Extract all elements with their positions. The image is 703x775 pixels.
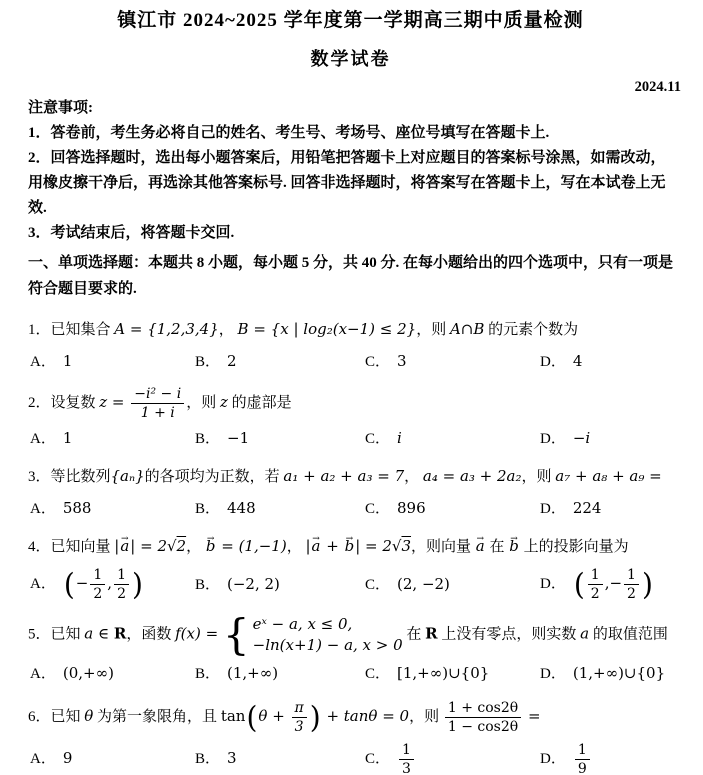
q6-option-d: D．19 xyxy=(540,742,673,775)
q5-option-a: A．(0,+∞) xyxy=(30,662,195,686)
q4-d-frac1-num: 1 xyxy=(588,567,603,585)
q4-a-left-paren: ( xyxy=(64,570,75,600)
q4-text-post: 上的投影向量为 xyxy=(520,539,629,555)
paper-date: 2024.11 xyxy=(28,78,681,96)
q3-option-b: B．448 xyxy=(195,497,365,521)
q4-a-minus: − xyxy=(76,574,89,592)
q1-text-post: 的元素个数为 xyxy=(484,322,578,338)
q6-option-b: B．3 xyxy=(195,747,365,771)
q4-b-def: b = (1,−1) xyxy=(205,537,287,555)
q5-option-d-label: D． xyxy=(540,666,566,682)
question-1: 1．已知集合 A = {1,2,3,4}， B = {x | log₂(x−1)… xyxy=(28,316,673,374)
q6-option-c-num: 1 xyxy=(399,742,414,760)
q6-equals: = xyxy=(523,707,540,725)
q5-a-in: a ∈ xyxy=(84,625,114,643)
q1-set-b: B = {x | log₂(x−1) ≤ 2} xyxy=(238,320,417,338)
question-6-stem: 6．已知 θ 为第一象限角，且 tan(θ + π3) + tanθ = 0，则… xyxy=(28,700,673,735)
q4-d-frac-2: 12 xyxy=(624,567,639,602)
q3-option-b-label: B． xyxy=(195,501,220,517)
q6-option-b-label: B． xyxy=(195,751,220,767)
q4-option-d-label: D． xyxy=(540,576,566,592)
q6-pi-num: π xyxy=(292,700,307,718)
q4-option-c-value: (2, −2) xyxy=(397,575,450,593)
q6-option-d-num: 1 xyxy=(575,742,590,760)
q5-option-b-label: B． xyxy=(195,666,220,682)
q6-text-mid1: 为第一象限角，且 xyxy=(93,709,221,725)
q6-plus-tan: + tanθ = 0 xyxy=(322,707,409,725)
q2-option-c: C．i xyxy=(365,427,540,451)
q4-comma-2: ， xyxy=(287,539,306,555)
q5-fx: f(x) = xyxy=(175,625,223,643)
question-6-options: A．9 B．3 C．13 D．19 xyxy=(30,742,673,775)
q6-right-paren: ) xyxy=(310,703,321,733)
q4-option-c: C．(2, −2) xyxy=(365,573,540,597)
exam-paper-page: 镇江市 2024~2025 学年度第一学期高三期中质量检测 数学试卷 2024.… xyxy=(0,0,703,775)
q3-equation-2: a₄ = a₃ + 2a₂ xyxy=(423,467,522,485)
q3-option-a-value: 588 xyxy=(63,499,92,517)
notice-item-1: 1．答卷前，考生务必将自己的姓名、考生号、考场号、座位号填写在答题卡上. xyxy=(28,121,673,146)
q5-option-a-label: A． xyxy=(30,666,56,682)
q2-z-var: z xyxy=(220,393,228,411)
q4-text-pre: 4．已知向量 xyxy=(28,539,114,555)
q4-option-a-label: A． xyxy=(30,576,56,592)
q6-option-d-label: D． xyxy=(540,751,566,767)
q3-option-d-value: 224 xyxy=(573,499,602,517)
q4-d-comma-minus: ,− xyxy=(605,574,622,592)
q6-theta: θ xyxy=(84,707,93,725)
q4-option-a: A．(−12,12) xyxy=(30,567,195,602)
question-3-options: A．588 B．448 C．896 D．224 xyxy=(30,497,673,521)
q6-option-a: A．9 xyxy=(30,747,195,771)
q3-option-d: D．224 xyxy=(540,497,673,521)
q1-text-pre: 1．已知集合 xyxy=(28,322,114,338)
q3-sequence: {aₙ} xyxy=(111,467,145,485)
q4-a-frac1-num: 1 xyxy=(90,567,105,585)
question-4-options: A．(−12,12) B．(−2, 2) C．(2, −2) D．(12,−12… xyxy=(30,567,673,602)
q3-option-c-value: 896 xyxy=(397,499,426,517)
q5-cases-brace: { xyxy=(223,614,250,656)
q2-option-b: B．−1 xyxy=(195,427,365,451)
q6-option-c-den: 3 xyxy=(399,760,414,775)
q1-comma: ， xyxy=(219,322,238,338)
section-heading: 一、单项选择题：本题共 8 小题，每小题 5 分，共 40 分. 在每小题给出的… xyxy=(28,250,673,302)
paper-title: 镇江市 2024~2025 学年度第一学期高三期中质量检测 xyxy=(28,8,673,34)
q1-option-d: D．4 xyxy=(540,350,673,374)
q6-option-b-value: 3 xyxy=(227,749,237,767)
q3-text-mid1: 的各项均为正数，若 xyxy=(145,469,284,485)
q2-option-b-value: −1 xyxy=(227,429,249,447)
question-2: 2．设复数 z = −i² − i1 + i，则 z 的虚部是 A．1 B．−1… xyxy=(28,386,673,451)
q4-vector-b3: b xyxy=(508,533,520,560)
q6-text-mid2: ，则 xyxy=(409,709,443,725)
notice-item-2: 2．回答选择题时，选出每小题答案后，用铅笔把答题卡上对应题目的答案标号涂黑，如需… xyxy=(28,146,673,221)
q5-option-a-value: (0,+∞) xyxy=(63,664,114,682)
question-4: 4．已知向量 |a| = 2√2， b = (1,−1)， |a + b| = … xyxy=(28,533,673,602)
q6-cos-den: 1 − cos2θ xyxy=(445,718,521,735)
q3-option-b-value: 448 xyxy=(227,499,256,517)
q1-option-d-value: 4 xyxy=(573,352,583,370)
q4-a-frac1-den: 2 xyxy=(90,585,105,602)
q1-option-d-label: D． xyxy=(540,354,566,370)
question-1-stem: 1．已知集合 A = {1,2,3,4}， B = {x | log₂(x−1)… xyxy=(28,316,673,344)
q4-vector-a: a xyxy=(119,533,130,560)
q4-d-frac-1: 12 xyxy=(588,567,603,602)
q6-text-pre: 6．已知 xyxy=(28,709,84,725)
q4-vector-a2: a xyxy=(311,533,322,560)
q2-fraction: −i² − i1 + i xyxy=(131,386,184,421)
q1-option-a: A．1 xyxy=(30,350,195,374)
question-5-options: A．(0,+∞) B．(1,+∞) C．[1,+∞)∪{0} D．(1,+∞)∪… xyxy=(30,662,673,686)
q4-d-right-paren: ) xyxy=(642,570,653,600)
q4-norm-a: |a| = 2√2 xyxy=(114,537,186,555)
q4-d-frac2-den: 2 xyxy=(624,585,639,602)
q4-eq-3: | = 2√ xyxy=(355,537,401,555)
q2-option-d-value: −i xyxy=(573,429,590,447)
q5-option-c-value: [1,+∞)∪{0} xyxy=(397,664,489,682)
q5-set-r-2: R xyxy=(425,625,437,643)
q6-option-d-value: 19 xyxy=(575,742,590,775)
q4-comma-1: ， xyxy=(186,539,205,555)
q5-text-mid3: 上没有零点，则实数 xyxy=(438,627,581,643)
q1-option-c: C．3 xyxy=(365,350,540,374)
q4-d-frac1-den: 2 xyxy=(588,585,603,602)
q4-text-in: 在 xyxy=(486,539,509,555)
q5-set-r-1: R xyxy=(114,625,126,643)
q6-option-a-label: A． xyxy=(30,751,56,767)
q5-text-pre: 5．已知 xyxy=(28,627,84,643)
q6-tan: tan xyxy=(221,707,246,725)
q6-theta-plus: θ + xyxy=(258,707,289,725)
q3-equation-3: a₇ + a₈ + a₉ = xyxy=(555,467,661,485)
q4-vector-b: b xyxy=(205,533,217,560)
q4-d-frac2-num: 1 xyxy=(624,567,639,585)
q4-vector-a3: a xyxy=(475,533,486,560)
paper-subtitle: 数学试卷 xyxy=(28,47,673,71)
q4-option-b-value: (−2, 2) xyxy=(227,575,280,593)
q4-d-left-paren: ( xyxy=(574,570,585,600)
q3-equation-1: a₁ + a₂ + a₃ = 7 xyxy=(283,467,404,485)
q5-cases: eˣ − a, x ≤ 0,−ln(x+1) − a, x > 0 xyxy=(253,614,403,656)
q2-option-a-value: 1 xyxy=(63,429,73,447)
q4-a-frac-2: 12 xyxy=(114,567,129,602)
question-1-options: A．1 B．2 C．3 D．4 xyxy=(30,350,673,374)
q3-option-a-label: A． xyxy=(30,501,56,517)
question-6: 6．已知 θ 为第一象限角，且 tan(θ + π3) + tanθ = 0，则… xyxy=(28,700,673,775)
q4-a-frac2-num: 1 xyxy=(114,567,129,585)
q1-set-a: A = {1,2,3,4} xyxy=(114,320,219,338)
q2-fraction-numerator: −i² − i xyxy=(131,386,184,404)
q2-text-post: 的虚部是 xyxy=(228,395,292,411)
q4-a-right-paren: ) xyxy=(132,570,143,600)
q1-option-b: B．2 xyxy=(195,350,365,374)
question-2-stem: 2．设复数 z = −i² − i1 + i，则 z 的虚部是 xyxy=(28,386,673,421)
q1-text-mid: ，则 xyxy=(416,322,450,338)
q5-text-mid2: 在 xyxy=(403,627,426,643)
q4-a-frac-1: 12 xyxy=(90,567,105,602)
q4-a-frac2-den: 2 xyxy=(114,585,129,602)
notice-item-3: 3．考试结束后，将答题卡交回. xyxy=(28,221,673,246)
q1-option-c-value: 3 xyxy=(397,352,407,370)
question-5-stem: 5．已知 a ∈ R，函数 f(x) = {eˣ − a, x ≤ 0,−ln(… xyxy=(28,614,673,656)
q5-option-d: D．(1,+∞)∪{0} xyxy=(540,662,673,686)
q3-text-pre: 3．等比数列 xyxy=(28,469,111,485)
q3-comma: ， xyxy=(404,469,423,485)
q4-eq-2: = (1,−1) xyxy=(216,537,286,555)
q5-option-c: C．[1,+∞)∪{0} xyxy=(365,662,540,686)
q6-left-paren: ( xyxy=(246,703,257,733)
q4-a-comma: , xyxy=(107,574,112,592)
q2-text-mid: ，则 xyxy=(186,395,220,411)
q1-option-a-label: A． xyxy=(30,354,56,370)
q5-case-2: −ln(x+1) − a, x > 0 xyxy=(253,635,403,656)
q3-text-mid2: ，则 xyxy=(522,469,556,485)
q4-option-b: B．(−2, 2) xyxy=(195,573,365,597)
q2-option-d-label: D． xyxy=(540,431,566,447)
q3-option-a: A．588 xyxy=(30,497,195,521)
q3-option-d-label: D． xyxy=(540,501,566,517)
q3-option-c: C．896 xyxy=(365,497,540,521)
question-3-stem: 3．等比数列{aₙ}的各项均为正数，若 a₁ + a₂ + a₃ = 7， a₄… xyxy=(28,463,673,491)
q1-option-a-value: 1 xyxy=(63,352,73,370)
q3-option-c-label: C． xyxy=(365,501,390,517)
q6-option-c-label: C． xyxy=(365,751,390,767)
q4-radicand-1: 2 xyxy=(177,537,187,555)
q6-option-a-value: 9 xyxy=(63,749,73,767)
notice-section: 注意事项: 1．答卷前，考生务必将自己的姓名、考生号、考场号、座位号填写在答题卡… xyxy=(28,96,673,246)
q1-option-c-label: C． xyxy=(365,354,390,370)
q4-option-b-label: B． xyxy=(195,577,220,593)
q4-option-c-label: C． xyxy=(365,577,390,593)
q4-plus: + xyxy=(321,537,343,555)
notice-heading: 注意事项: xyxy=(28,96,673,121)
q5-option-b-value: (1,+∞) xyxy=(227,664,278,682)
q5-a-var: a xyxy=(580,625,589,643)
q6-option-c: C．13 xyxy=(365,742,540,775)
q4-vector-b2: b xyxy=(344,533,356,560)
q6-option-d-den: 9 xyxy=(575,760,590,775)
q5-text-post: 的取值范围 xyxy=(589,627,668,643)
q4-eq-1: | = 2√ xyxy=(130,537,176,555)
q2-option-d: D．−i xyxy=(540,427,673,451)
q1-option-b-label: B． xyxy=(195,354,220,370)
q2-fraction-denominator: 1 + i xyxy=(131,404,184,421)
q1-option-b-value: 2 xyxy=(227,352,237,370)
q2-z-equals: z = xyxy=(99,393,129,411)
question-2-options: A．1 B．−1 C．i D．−i xyxy=(30,427,673,451)
q2-option-a: A．1 xyxy=(30,427,195,451)
q6-option-c-value: 13 xyxy=(399,742,414,775)
q4-option-d: D．(12,−12) xyxy=(540,567,673,602)
q5-case-1: eˣ − a, x ≤ 0, xyxy=(253,614,403,635)
q2-option-c-value: i xyxy=(397,429,402,447)
question-3: 3．等比数列{aₙ}的各项均为正数，若 a₁ + a₂ + a₃ = 7， a₄… xyxy=(28,463,673,521)
q2-text-pre: 2．设复数 xyxy=(28,395,99,411)
q6-pi-fraction: π3 xyxy=(292,700,307,735)
q2-option-b-label: B． xyxy=(195,431,220,447)
q5-option-c-label: C． xyxy=(365,666,390,682)
q4-radicand-2: 3 xyxy=(401,537,411,555)
question-4-stem: 4．已知向量 |a| = 2√2， b = (1,−1)， |a + b| = … xyxy=(28,533,673,561)
q4-text-mid: ，则向量 xyxy=(411,539,475,555)
q4-norm-sum: |a + b| = 2√3 xyxy=(305,537,411,555)
q5-option-b: B．(1,+∞) xyxy=(195,662,365,686)
q2-option-a-label: A． xyxy=(30,431,56,447)
q6-pi-den: 3 xyxy=(292,718,307,735)
q5-text-mid1: ，函数 xyxy=(126,627,175,643)
q2-option-c-label: C． xyxy=(365,431,390,447)
q6-cos-num: 1 + cos2θ xyxy=(445,700,521,718)
q5-option-d-value: (1,+∞)∪{0} xyxy=(573,664,665,682)
question-5: 5．已知 a ∈ R，函数 f(x) = {eˣ − a, x ≤ 0,−ln(… xyxy=(28,614,673,686)
q6-cos-fraction: 1 + cos2θ1 − cos2θ xyxy=(445,700,521,735)
q1-intersection-expr: A∩B xyxy=(450,320,484,338)
